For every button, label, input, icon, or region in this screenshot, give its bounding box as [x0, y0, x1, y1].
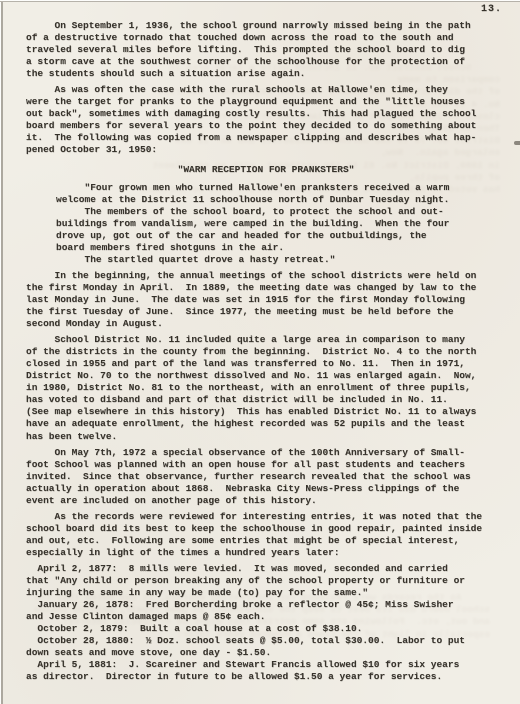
clipping-headline: "WARM RECEPTION FOR PRANKSTERS"	[26, 164, 506, 176]
paragraph-100th-anniversary: On May 7th, 1972 a special observance of…	[26, 447, 506, 507]
page-number: 13.	[481, 4, 502, 15]
newspaper-clipping-quote: "Four grown men who turned Hallowe'en pr…	[56, 182, 506, 266]
scanned-page: School District No. 11 included quite a …	[0, 0, 520, 704]
clipping-paragraph: The members of the school board, to prot…	[56, 206, 506, 254]
scan-smudge	[514, 141, 520, 145]
clipping-paragraph: "Four grown men who turned Hallowe'en pr…	[56, 182, 506, 206]
ledger-entry: October 28, 1880: ½ Doz. school seats @ …	[26, 635, 506, 659]
document-body: On September 1, 1936, the school ground …	[26, 20, 506, 683]
ledger-entry: April 5, 1881: J. Scareiner and Stewart …	[26, 659, 506, 683]
ledger-entries: April 2, 1877: 8 mills were levied. It w…	[26, 563, 506, 683]
paragraph-tornado: On September 1, 1936, the school ground …	[26, 20, 506, 80]
ledger-entry: April 2, 1877: 8 mills were levied. It w…	[26, 563, 506, 599]
ledger-entry: October 2, 1879: Built a coal house at a…	[26, 623, 506, 635]
paragraph-halloween-pranks: As was often the case with the rural sch…	[26, 84, 506, 156]
clipping-paragraph: The startled quartet drove a hasty retre…	[56, 254, 506, 266]
ledger-entry: January 26, 1878: Fred Borcherding broke…	[26, 599, 506, 623]
scan-edge-top	[0, 0, 520, 3]
paragraph-annual-meetings: In the beginning, the annual meetings of…	[26, 270, 506, 330]
scan-edge-left	[0, 0, 4, 704]
paragraph-district-boundaries: School District No. 11 included quite a …	[26, 334, 506, 442]
paragraph-records-review: As the records were reviewed for interes…	[26, 511, 506, 559]
